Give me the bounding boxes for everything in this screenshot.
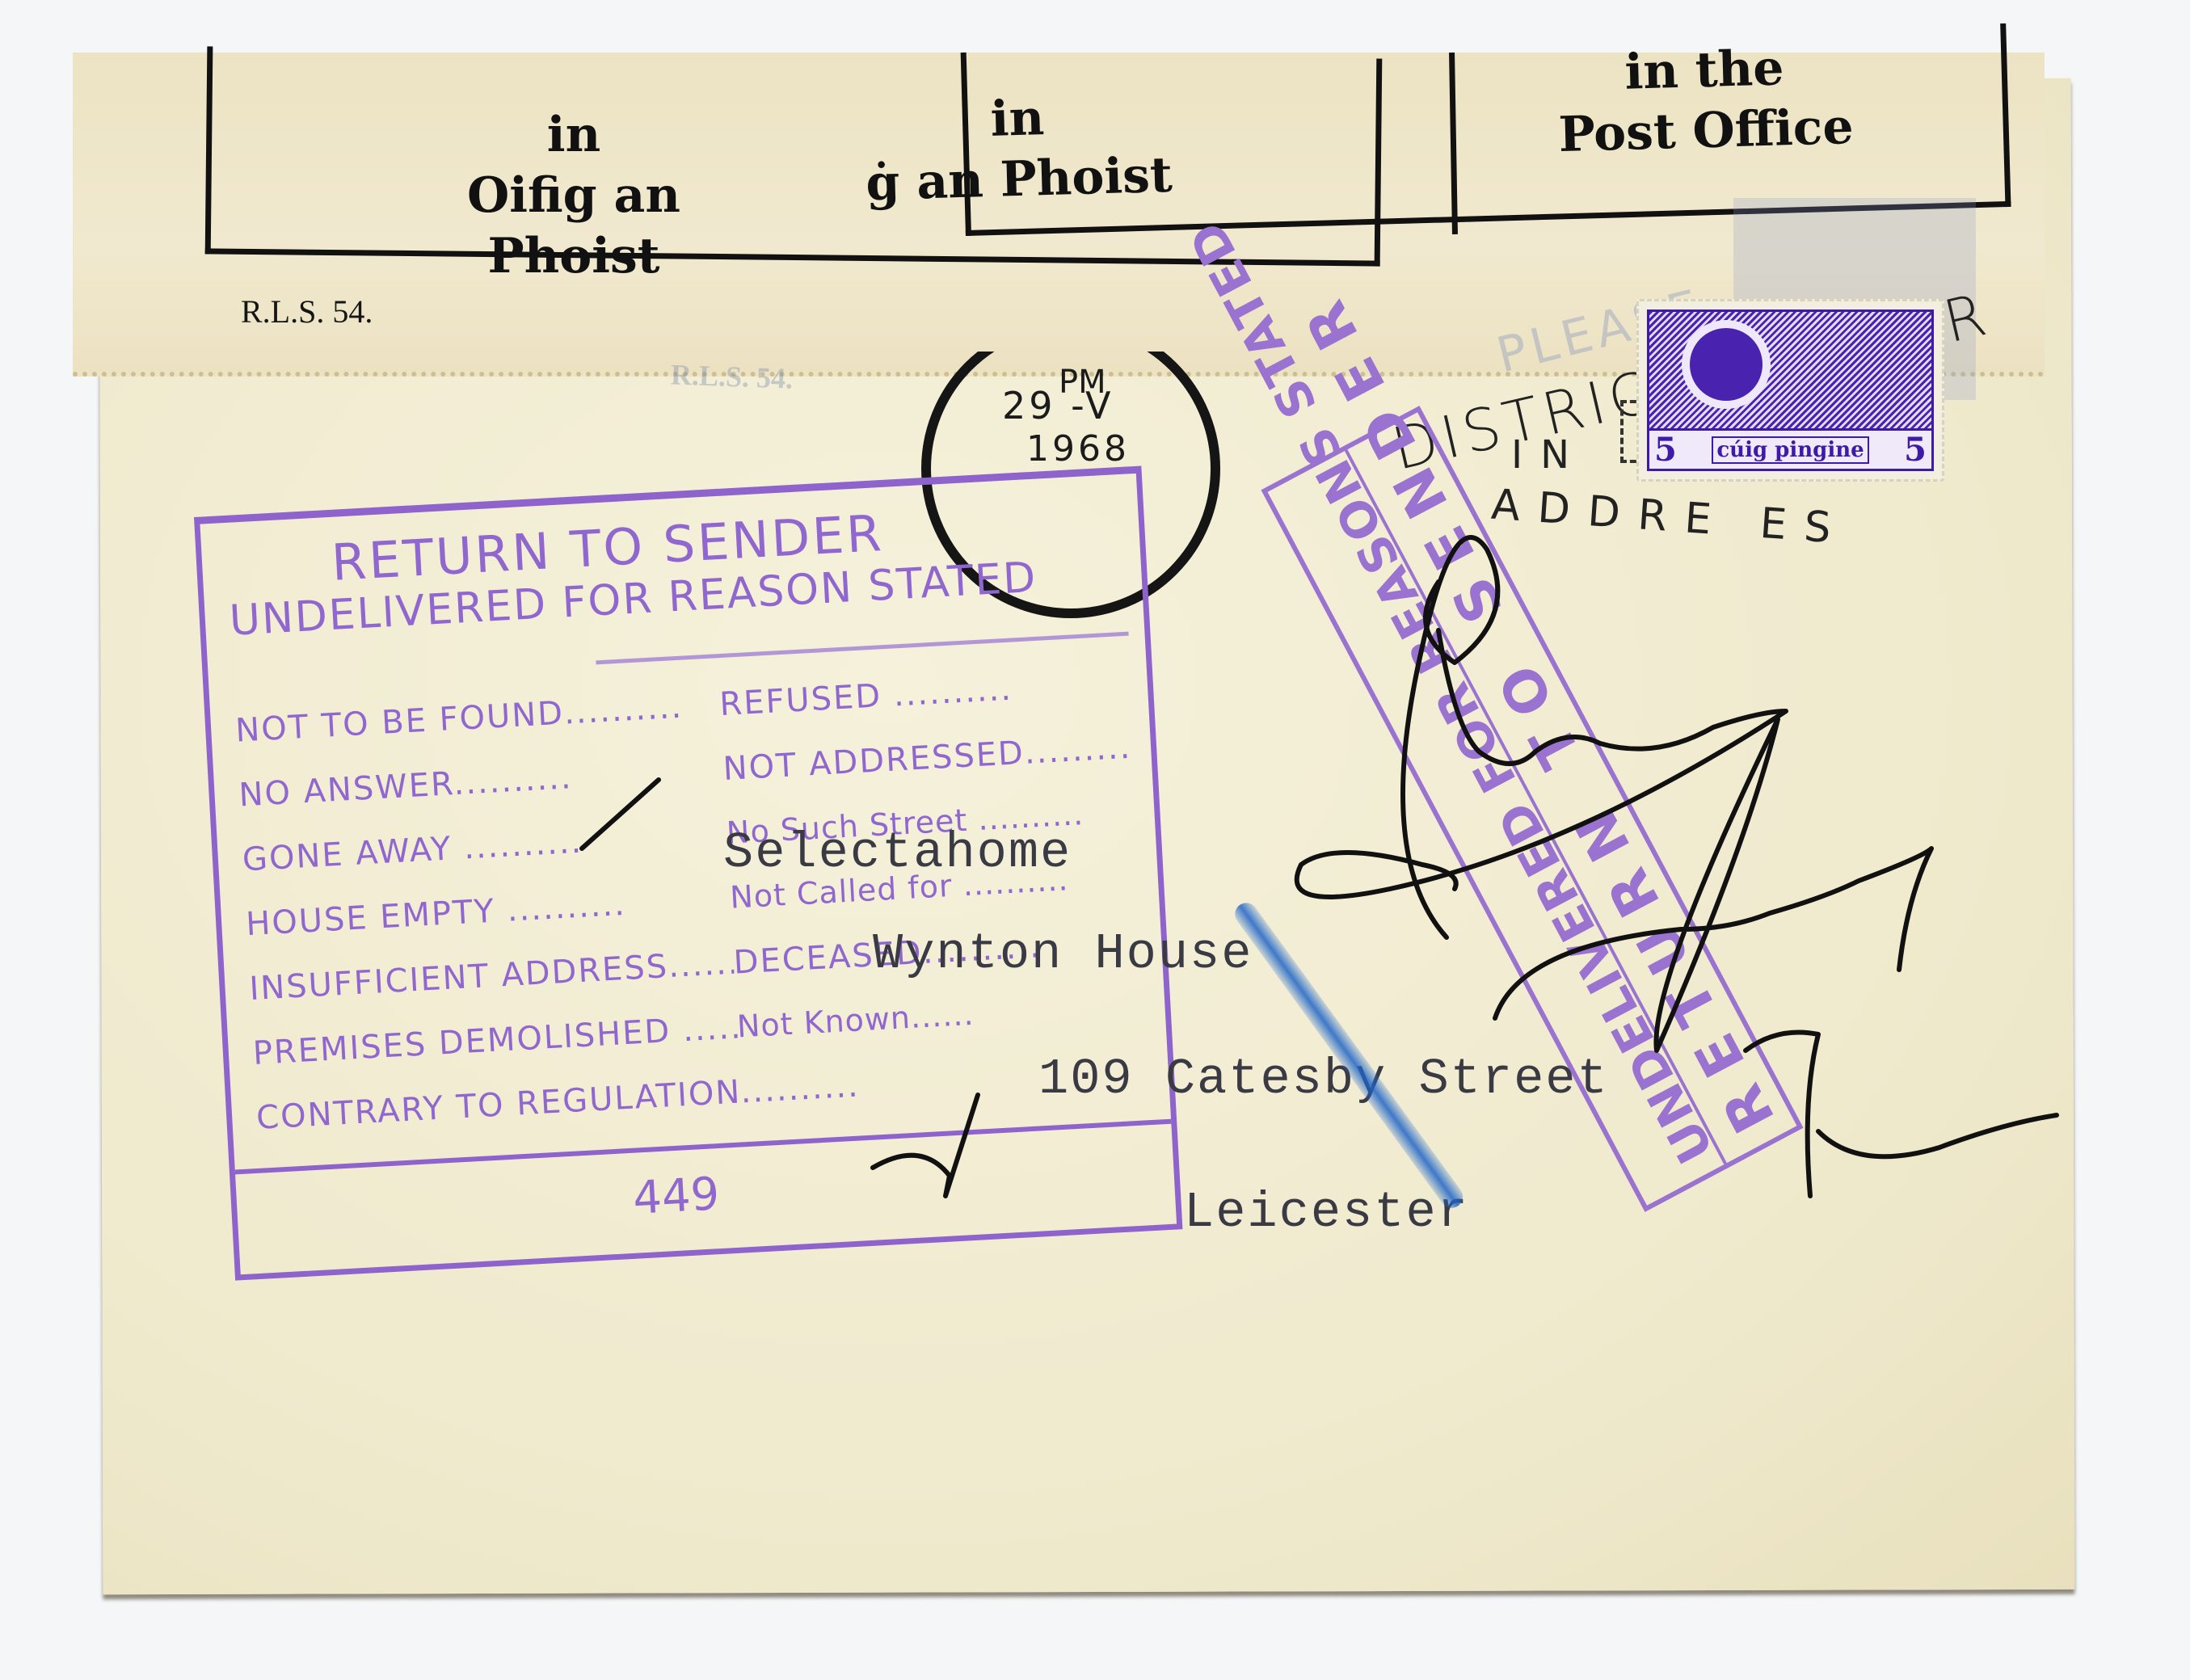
slogan-in: IN bbox=[1511, 432, 1587, 478]
cachet-row-left: NO ANSWER.......... bbox=[238, 751, 724, 814]
stamp-value-left: 5 bbox=[1654, 431, 1677, 469]
stamp-inscription: cúig pingine bbox=[1712, 436, 1868, 464]
stamp-value-bar: 5 cúig pingine 5 bbox=[1649, 428, 1931, 469]
label-col2-line2: ġ an Phoist bbox=[808, 144, 1230, 216]
ghost-rls-code: R.L.S. 54. bbox=[670, 357, 793, 395]
cachet-row-right: NOT ADDRESSED.......... bbox=[722, 729, 1132, 788]
label-col2: in ġ an Phoist bbox=[807, 83, 1230, 216]
cachet-row-left: NOT TO BE FOUND.......... bbox=[234, 686, 721, 749]
label-col1-line2: Oifig an Phoist bbox=[380, 166, 768, 287]
label-col2-line1: in bbox=[807, 83, 1228, 155]
celtic-knot-icon bbox=[1682, 320, 1771, 409]
address-line-3: 109 Catesby Street bbox=[1038, 1051, 1609, 1108]
label-col3: in the Post Office bbox=[1461, 34, 1949, 169]
cachet-row-left: GONE AWAY .......... bbox=[242, 815, 728, 878]
postage-stamp: 5 cúig pingine 5 bbox=[1636, 299, 1944, 482]
cachet-row-left: CONTRARY TO REGULATIONS bbox=[255, 1073, 742, 1136]
label-col1-line1: in bbox=[380, 105, 768, 166]
rls-code: R.L.S. 54. bbox=[241, 293, 373, 331]
cachet-row-left: INSUFFICIENT ADDRESS...... bbox=[248, 945, 735, 1008]
stamp-design: 5 cúig pingine 5 bbox=[1647, 309, 1934, 471]
cachet-row-left: HOUSE EMPTY .......... bbox=[245, 880, 731, 943]
stamp-value-right: 5 bbox=[1904, 431, 1927, 469]
cachet-rule bbox=[596, 632, 1128, 665]
cachet-row-right: Not Known...... bbox=[736, 987, 1146, 1046]
postmark-year: 1968 bbox=[1026, 428, 1130, 469]
cachet-row-left: PREMISES DEMOLISHED ...... bbox=[252, 1009, 739, 1072]
address-line-1: Selectahome bbox=[723, 824, 1072, 882]
postmark-date: 29 -V bbox=[1002, 384, 1114, 427]
cachet-row-right: REFUSED .......... bbox=[718, 664, 1128, 723]
label-col1: in Oifig an Phoist bbox=[380, 105, 768, 287]
address-line-2: Wynton House bbox=[873, 925, 1253, 983]
address-line-4: Leicester bbox=[1184, 1184, 1469, 1241]
cachet-office-number: 449 bbox=[632, 1168, 721, 1225]
